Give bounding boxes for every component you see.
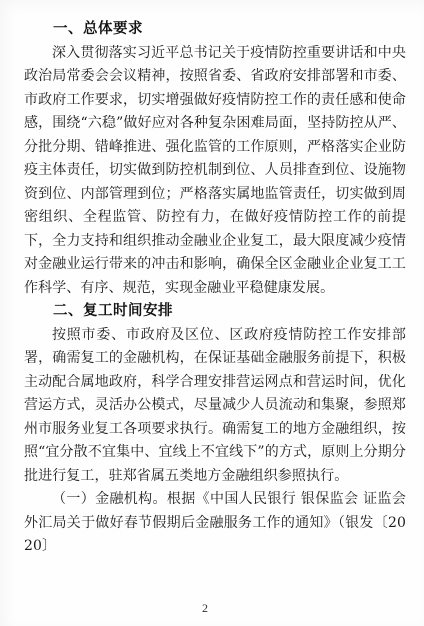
section-heading-overall-requirements: 一、总体要求 — [24, 18, 406, 42]
page-number: 2 — [0, 601, 410, 616]
paragraph-resumption-schedule: 按照市委、市政府及区位、区政府疫情防控工作安排部署，确需复工的金融机构，在保证基… — [24, 324, 406, 489]
paragraph-financial-institutions: （一）金融机构。根据《中国人民银行 银保监会 证监会 外汇局关于做好春节假期后金… — [24, 488, 406, 559]
section-heading-resumption-schedule: 二、复工时间安排 — [24, 300, 406, 324]
document-page: 一、总体要求 深入贯彻落实习近平总书记关于疫情防控重要讲话和中央政治局常委会会议… — [0, 0, 424, 626]
paragraph-overall-requirements: 深入贯彻落实习近平总书记关于疫情防控重要讲话和中央政治局常委会会议精神，按照省委… — [24, 42, 406, 301]
